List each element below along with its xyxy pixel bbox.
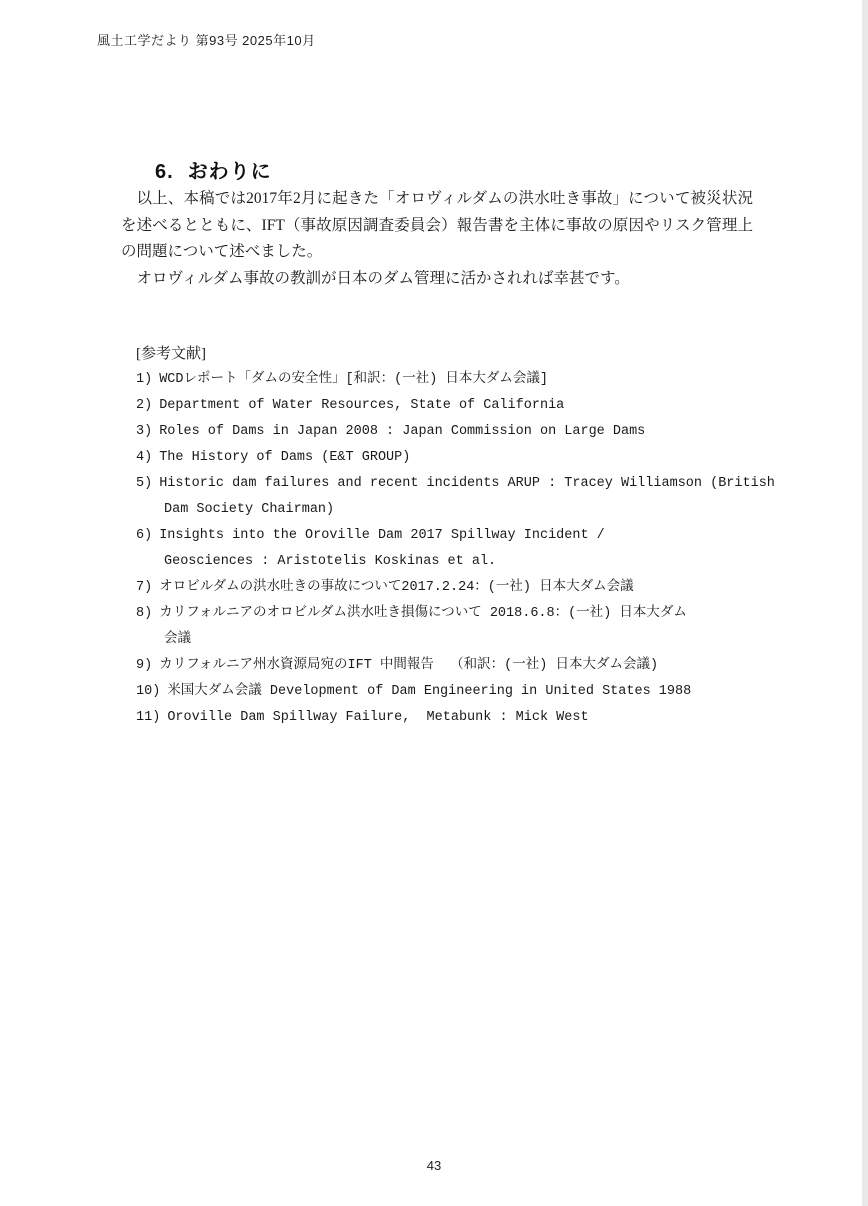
reference-text: Department of Water Resources, State of … <box>159 398 564 413</box>
reference-item: 10)米国大ダム会議 Development of Dam Engineerin… <box>136 679 801 705</box>
paragraph-2: オロヴィルダム事故の教訓が日本のダム管理に活かされれば幸甚です。 <box>121 266 753 293</box>
reference-item: 5)Historic dam failures and recent incid… <box>136 471 801 523</box>
reference-text: カリフォルニアのオロビルダム洪水吐き損傷について 2018.6.8：(一社) 日… <box>159 606 687 647</box>
reference-item: 11)Oroville Dam Spillway Failure, Metabu… <box>136 705 801 731</box>
reference-text: Historic dam failures and recent inciden… <box>159 476 775 517</box>
reference-number: 4) <box>136 445 152 471</box>
reference-number: 1) <box>136 367 152 393</box>
reference-item: 7)オロビルダムの洪水吐きの事故について2017.2.24：(一社) 日本大ダム… <box>136 575 801 601</box>
reference-number: 9) <box>136 653 152 679</box>
reference-number: 5) <box>136 471 152 497</box>
reference-number: 2) <box>136 393 152 419</box>
reference-text: Oroville Dam Spillway Failure, Metabunk … <box>167 710 588 725</box>
section-title-text: おわりに <box>188 161 272 183</box>
body-text-block: 以上、本稿では2017年2月に起きた「オロヴィルダムの洪水吐き事故」について被災… <box>121 186 753 292</box>
reference-text: The History of Dams (E&T GROUP) <box>159 450 410 465</box>
section-title: 6.おわりに <box>155 155 272 184</box>
section-number: 6. <box>155 161 174 183</box>
reference-number: 8) <box>136 601 152 627</box>
document-header: 風土工学だより 第93号 2025年10月 <box>97 30 316 49</box>
reference-item: 2)Department of Water Resources, State o… <box>136 393 801 419</box>
reference-text: WCDレポート「ダムの安全性」[和訳：(一社) 日本大ダム会議] <box>159 372 548 387</box>
page-edge-shadow <box>862 0 868 1206</box>
references-section: [参考文献] 1)WCDレポート「ダムの安全性」[和訳：(一社) 日本大ダム会議… <box>136 341 801 731</box>
reference-item: 1)WCDレポート「ダムの安全性」[和訳：(一社) 日本大ダム会議] <box>136 367 801 393</box>
reference-number: 6) <box>136 523 152 549</box>
references-list: 1)WCDレポート「ダムの安全性」[和訳：(一社) 日本大ダム会議] 2)Dep… <box>136 367 801 731</box>
references-heading: [参考文献] <box>136 341 801 367</box>
reference-number: 3) <box>136 419 152 445</box>
page-number: 43 <box>0 1158 868 1173</box>
reference-item: 9)カリフォルニア州水資源局宛のIFT 中間報告 （和訳：(一社) 日本大ダム会… <box>136 653 801 679</box>
reference-number: 7) <box>136 575 152 601</box>
reference-text: オロビルダムの洪水吐きの事故について2017.2.24：(一社) 日本大ダム会議 <box>159 580 633 595</box>
reference-text: 米国大ダム会議 Development of Dam Engineering i… <box>167 684 691 699</box>
reference-number: 10) <box>136 679 160 705</box>
reference-item: 3)Roles of Dams in Japan 2008 : Japan Co… <box>136 419 801 445</box>
reference-text: カリフォルニア州水資源局宛のIFT 中間報告 （和訳：(一社) 日本大ダム会議) <box>159 658 658 673</box>
document-page: { "document": { "header": "風土工学だより 第93号 … <box>0 0 868 1206</box>
reference-text: Insights into the Oroville Dam 2017 Spil… <box>159 528 605 569</box>
paragraph-1: 以上、本稿では2017年2月に起きた「オロヴィルダムの洪水吐き事故」について被災… <box>121 186 753 266</box>
reference-item: 6)Insights into the Oroville Dam 2017 Sp… <box>136 523 801 575</box>
reference-number: 11) <box>136 705 160 731</box>
reference-item: 8)カリフォルニアのオロビルダム洪水吐き損傷について 2018.6.8：(一社)… <box>136 601 801 653</box>
reference-text: Roles of Dams in Japan 2008 : Japan Comm… <box>159 424 645 439</box>
reference-item: 4)The History of Dams (E&T GROUP) <box>136 445 801 471</box>
